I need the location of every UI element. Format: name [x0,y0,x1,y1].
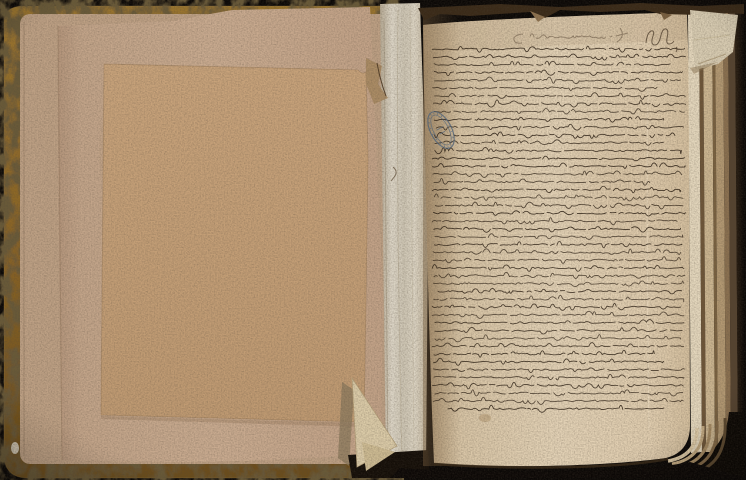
vignette-overlay [0,0,746,480]
manuscript-scan [0,0,746,480]
scan-canvas [0,0,746,480]
